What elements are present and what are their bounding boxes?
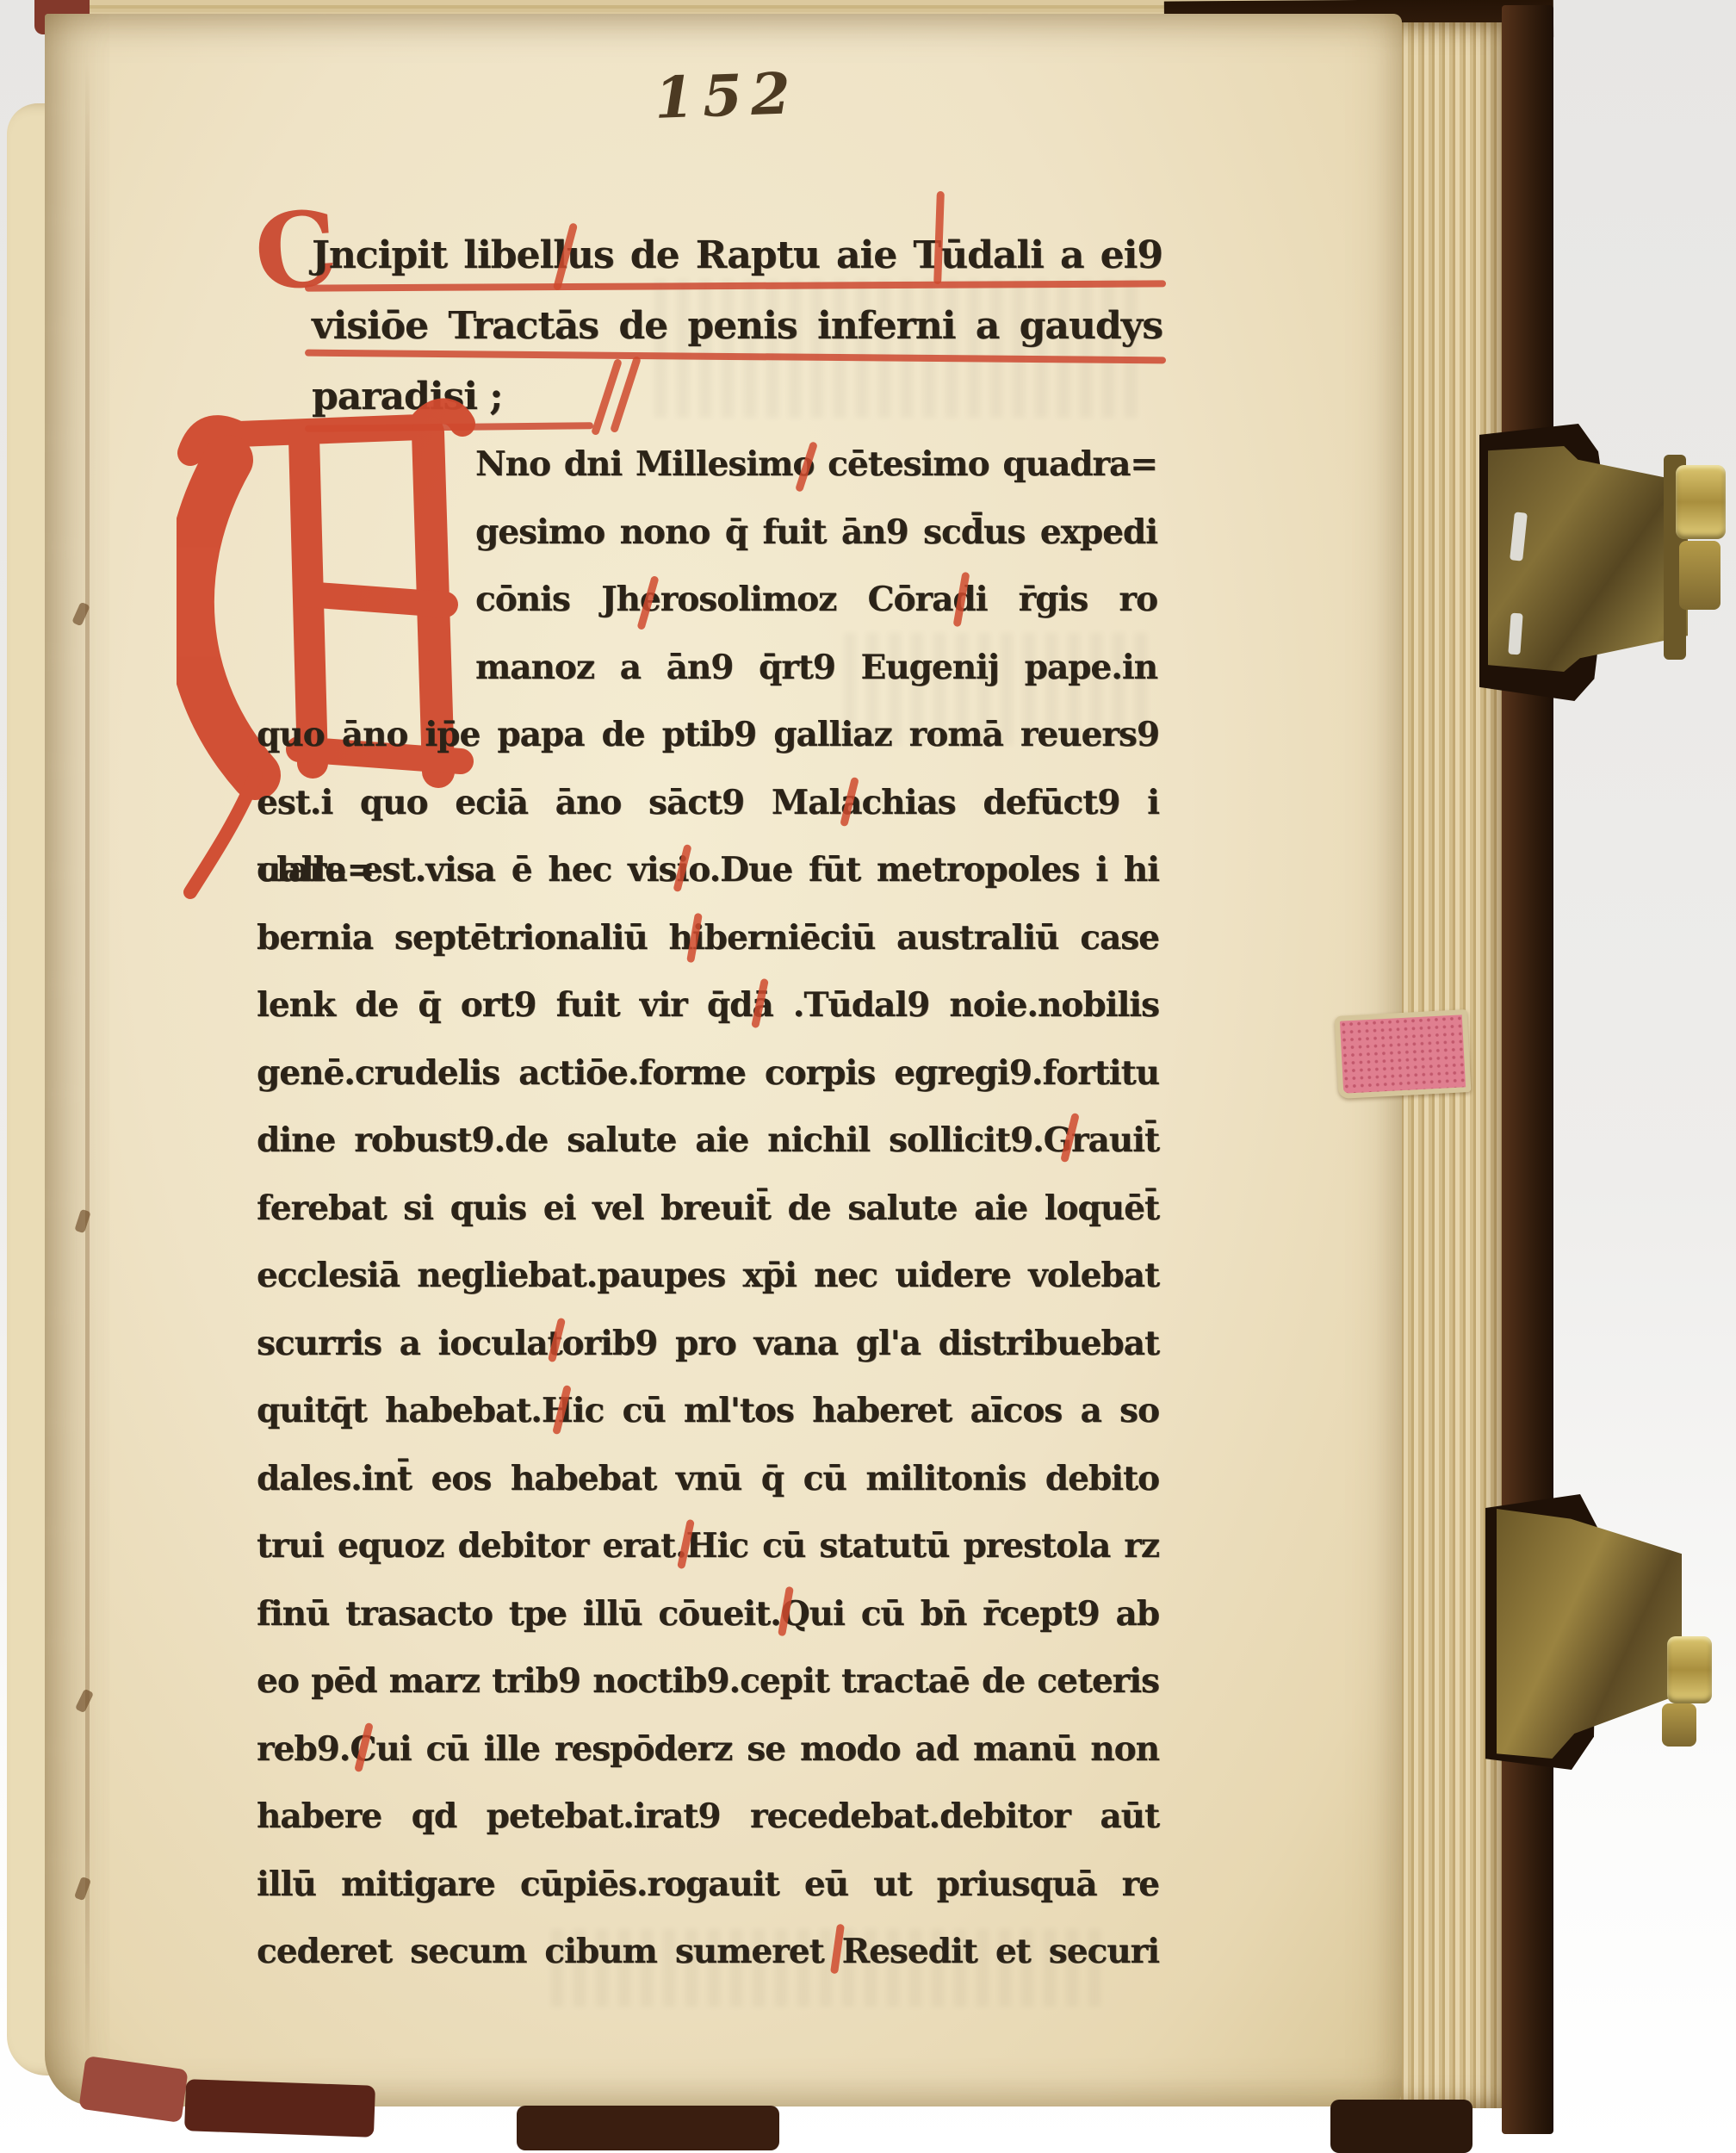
text-column-indented: Nno dni Millesimo cētesimo quadra= gesim… bbox=[475, 431, 1157, 701]
folio-number: 152 bbox=[654, 65, 800, 127]
drop-cap-letter: A bbox=[0, 0, 1, 1]
clasp-hinge-knuckle bbox=[1667, 1636, 1712, 1703]
text-line: cōnis Jherosolimoz Cōradi r̄gis ro bbox=[475, 566, 1157, 634]
text-line: gesimo nono q̄ fuit ān9 scd̄us expedi bbox=[475, 499, 1157, 567]
heading-line: Jncipit libellus de Raptu aie Tūdali a e… bbox=[312, 220, 1162, 291]
text-column: quo āno ip̄e papa de ptib9 galliaz romā … bbox=[257, 701, 1159, 1986]
clasp-brass-plate bbox=[1497, 1509, 1682, 1759]
text-line: eo pēd marz trib9 noctib9.cepit tractaē … bbox=[257, 1647, 1159, 1716]
tailband-dark bbox=[184, 2079, 375, 2137]
text-line: quitq̄t habebat.Hic cū ml'tos haberet aī… bbox=[257, 1377, 1159, 1445]
text-line: illū mitigare cūpiēs.rogauit eū ut prius… bbox=[257, 1851, 1159, 1919]
text-line: quo āno ip̄e papa de ptib9 galliaz romā … bbox=[257, 701, 1159, 769]
photo-of-book: 152 C Jncipit libellus de Raptu aie Tūda… bbox=[0, 0, 1736, 2153]
text-line: scurris a ioculatorib9 pro vana gl'a dis… bbox=[257, 1310, 1159, 1378]
text-line: trui equoz debitor erat.Hic cū statutū p… bbox=[257, 1512, 1159, 1580]
bottom-cover-edge bbox=[517, 2106, 779, 2150]
text-line: genē.crudelis actiōe.forme corpis egregi… bbox=[257, 1039, 1159, 1108]
text-line: dales.int̄ eos habebat vnū q̄ cū militon… bbox=[257, 1445, 1159, 1513]
text-line: cederet secum cibum sumeret Resedit et s… bbox=[257, 1918, 1159, 1986]
clasp-hinge-knuckle bbox=[1676, 465, 1726, 539]
back-cover-board-edge bbox=[1502, 5, 1553, 2134]
text-line: finū trasacto tpe illū cōueit.Qui cū bn̄… bbox=[257, 1580, 1159, 1648]
heading-line: visiōe Tractās de penis inferni a gaudys bbox=[312, 291, 1162, 362]
text-line: manoz a ān9 q̄rt9 Eugenij pape.in bbox=[475, 634, 1157, 702]
text-line: ferebat si quis ei vel breuit̄ de salute… bbox=[257, 1175, 1159, 1243]
text-line: lenk de q̄ ort9 fuit vir q̄dā .Tūdal9 no… bbox=[257, 971, 1159, 1039]
bottom-cover-corner bbox=[1330, 2100, 1472, 2153]
clasp-hinge-pin bbox=[1679, 541, 1720, 610]
text-line: Nno dni Millesimo cētesimo quadra= bbox=[475, 431, 1157, 499]
text-line: est.i quo eciā āno sāct9 Malachias defūc… bbox=[257, 769, 1159, 837]
text-line: dine robust9.de salute aie nichil sollic… bbox=[257, 1107, 1159, 1175]
text-line: ecclesiā negliebat.paupes xp̄i nec uider… bbox=[257, 1242, 1159, 1310]
text-line: ualle est.visa ē hec visio.Due fūt metro… bbox=[257, 836, 1159, 904]
gutter-fold bbox=[85, 60, 90, 2067]
text-line: habere qd petebat.irat9 recedebat.debito… bbox=[257, 1783, 1159, 1851]
text-line: bernia septētrionaliū hiberniēciū austra… bbox=[257, 904, 1159, 972]
clasp-hinge-pin bbox=[1662, 1703, 1696, 1747]
text-line: reb9.Cui cū ille respōderz se modo ad ma… bbox=[257, 1716, 1159, 1784]
pink-leather-tab bbox=[1335, 1009, 1472, 1099]
